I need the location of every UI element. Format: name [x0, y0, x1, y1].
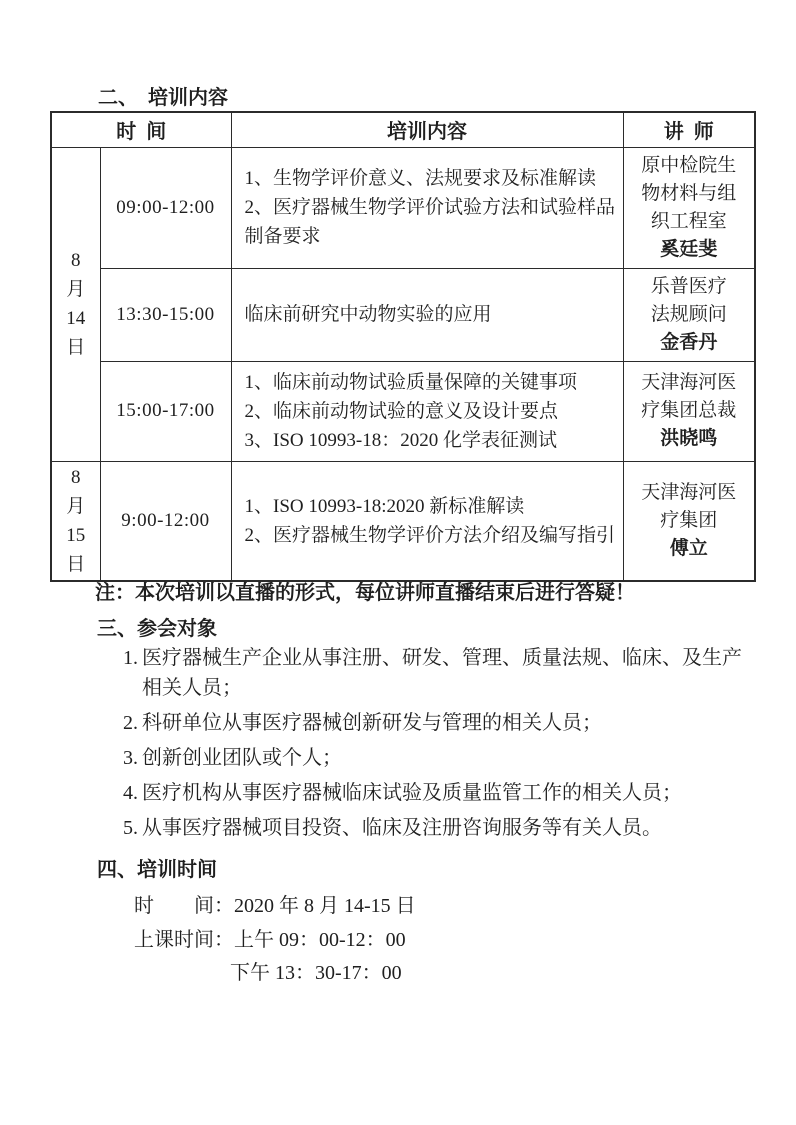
date-cell-aug14: 8 月 14 日 [51, 147, 100, 461]
training-date-line: 时 间：2020 年 8 月 14-15 日 [134, 889, 416, 918]
lecturer-org-line: 疗集团总裁 [628, 397, 751, 425]
list-item-text: 医疗机构从事医疗器械临床试验及质量监管工作的相关人员； [142, 778, 750, 808]
list-item: 1. 医疗器械生产企业从事注册、研发、管理、质量法规、临床、及生产相关人员； [123, 643, 759, 703]
document-page: 二、 培训内容 时 间 培训内容 讲 师 8 月 14 日 09:00-12:0… [0, 0, 796, 1125]
lecturer-org-line: 天津海河医 [628, 369, 751, 397]
date-line: 15 [53, 521, 99, 550]
table-row: 8 月 15 日 9:00-12:00 1、ISO 10993-18:2020 … [51, 461, 755, 581]
date-cell-aug15: 8 月 15 日 [51, 461, 100, 581]
list-item-number: 5. [123, 813, 142, 843]
lecturer-cell: 天津海河医 疗集团总裁 洪晓鸣 [623, 361, 755, 461]
date-line: 月 [53, 492, 99, 521]
header-content: 培训内容 [231, 112, 623, 147]
list-item-number: 3. [123, 743, 142, 773]
table-row: 13:30-15:00 临床前研究中动物实验的应用 乐普医疗 法规顾问 金香丹 [51, 268, 755, 361]
lecturer-name: 傅立 [628, 535, 751, 563]
header-time: 时 间 [51, 112, 231, 147]
list-item-number: 4. [123, 778, 142, 808]
date-line: 月 [53, 275, 99, 304]
section4-title: 四、培训时间 [97, 853, 217, 882]
content-line: 2、医疗器械生物学评价试验方法和试验样品 [245, 193, 617, 222]
section2-title: 二、 培训内容 [98, 81, 228, 110]
lecturer-name: 奚廷斐 [628, 236, 751, 264]
list-item-text: 科研单位从事医疗器械创新研发与管理的相关人员； [142, 708, 750, 738]
attendee-list: 1. 医疗器械生产企业从事注册、研发、管理、质量法规、临床、及生产相关人员； 2… [123, 643, 759, 848]
content-cell: 1、生物学评价意义、法规要求及标准解读 2、医疗器械生物学评价试验方法和试验样品… [231, 147, 623, 268]
content-line: 制备要求 [245, 222, 617, 251]
list-item-text: 创新创业团队或个人； [142, 743, 750, 773]
lecturer-org-line: 原中检院生 [628, 152, 751, 180]
lecturer-org-line: 乐普医疗 [628, 273, 751, 301]
time-cell: 13:30-15:00 [100, 268, 231, 361]
lecturer-name: 洪晓鸣 [628, 425, 751, 453]
content-line: 2、临床前动物试验的意义及设计要点 [245, 397, 617, 426]
content-cell: 1、ISO 10993-18:2020 新标准解读 2、医疗器械生物学评价方法介… [231, 461, 623, 581]
training-schedule-table: 时 间 培训内容 讲 师 8 月 14 日 09:00-12:00 1、生物学评… [50, 111, 756, 582]
lecturer-cell: 天津海河医 疗集团 傅立 [623, 461, 755, 581]
table-row: 15:00-17:00 1、临床前动物试验质量保障的关键事项 2、临床前动物试验… [51, 361, 755, 461]
header-lecturer: 讲 师 [623, 112, 755, 147]
list-item: 5. 从事医疗器械项目投资、临床及注册咨询服务等有关人员。 [123, 813, 759, 843]
date-line: 日 [53, 333, 99, 362]
time-cell: 9:00-12:00 [100, 461, 231, 581]
section3-title: 三、参会对象 [97, 612, 217, 641]
time-cell: 15:00-17:00 [100, 361, 231, 461]
list-item-text: 从事医疗器械项目投资、临床及注册咨询服务等有关人员。 [142, 813, 750, 843]
list-item-number: 2. [123, 708, 142, 738]
content-line: 3、ISO 10993-18：2020 化学表征测试 [245, 426, 617, 455]
lecturer-cell: 原中检院生 物材料与组 织工程室 奚廷斐 [623, 147, 755, 268]
lecturer-org-line: 物材料与组 [628, 180, 751, 208]
date-line: 日 [53, 550, 99, 579]
content-cell: 临床前研究中动物实验的应用 [231, 268, 623, 361]
lecturer-org-line: 法规顾问 [628, 301, 751, 329]
list-item: 2. 科研单位从事医疗器械创新研发与管理的相关人员； [123, 708, 759, 738]
date-line: 8 [53, 463, 99, 492]
date-line: 8 [53, 246, 99, 275]
lecturer-org-line: 天津海河医 [628, 479, 751, 507]
list-item: 3. 创新创业团队或个人； [123, 743, 759, 773]
list-item: 4. 医疗机构从事医疗器械临床试验及质量监管工作的相关人员； [123, 778, 759, 808]
lecturer-org-line: 织工程室 [628, 208, 751, 236]
content-cell: 1、临床前动物试验质量保障的关键事项 2、临床前动物试验的意义及设计要点 3、I… [231, 361, 623, 461]
content-line: 1、生物学评价意义、法规要求及标准解读 [245, 164, 617, 193]
time-cell: 09:00-12:00 [100, 147, 231, 268]
list-item-text: 医疗器械生产企业从事注册、研发、管理、质量法规、临床、及生产相关人员； [142, 643, 750, 703]
content-line: 1、ISO 10993-18:2020 新标准解读 [245, 492, 617, 521]
table-row: 8 月 14 日 09:00-12:00 1、生物学评价意义、法规要求及标准解读… [51, 147, 755, 268]
lecturer-cell: 乐普医疗 法规顾问 金香丹 [623, 268, 755, 361]
content-line: 临床前研究中动物实验的应用 [245, 300, 617, 329]
lecturer-name: 金香丹 [628, 329, 751, 357]
list-item-number: 1. [123, 643, 142, 673]
content-line: 1、临床前动物试验质量保障的关键事项 [245, 368, 617, 397]
lecturer-org-line: 疗集团 [628, 507, 751, 535]
date-line: 14 [53, 304, 99, 333]
table-header-row: 时 间 培训内容 讲 师 [51, 112, 755, 147]
live-broadcast-note: 注：本次培训以直播的形式，每位讲师直播结束后进行答疑！ [95, 576, 635, 605]
content-line: 2、医疗器械生物学评价方法介绍及编写指引 [245, 521, 617, 550]
class-time-morning-line: 上课时间：上午 09：00-12：00 [134, 923, 406, 952]
class-time-afternoon-line: 下午 13：30-17：00 [230, 956, 402, 985]
